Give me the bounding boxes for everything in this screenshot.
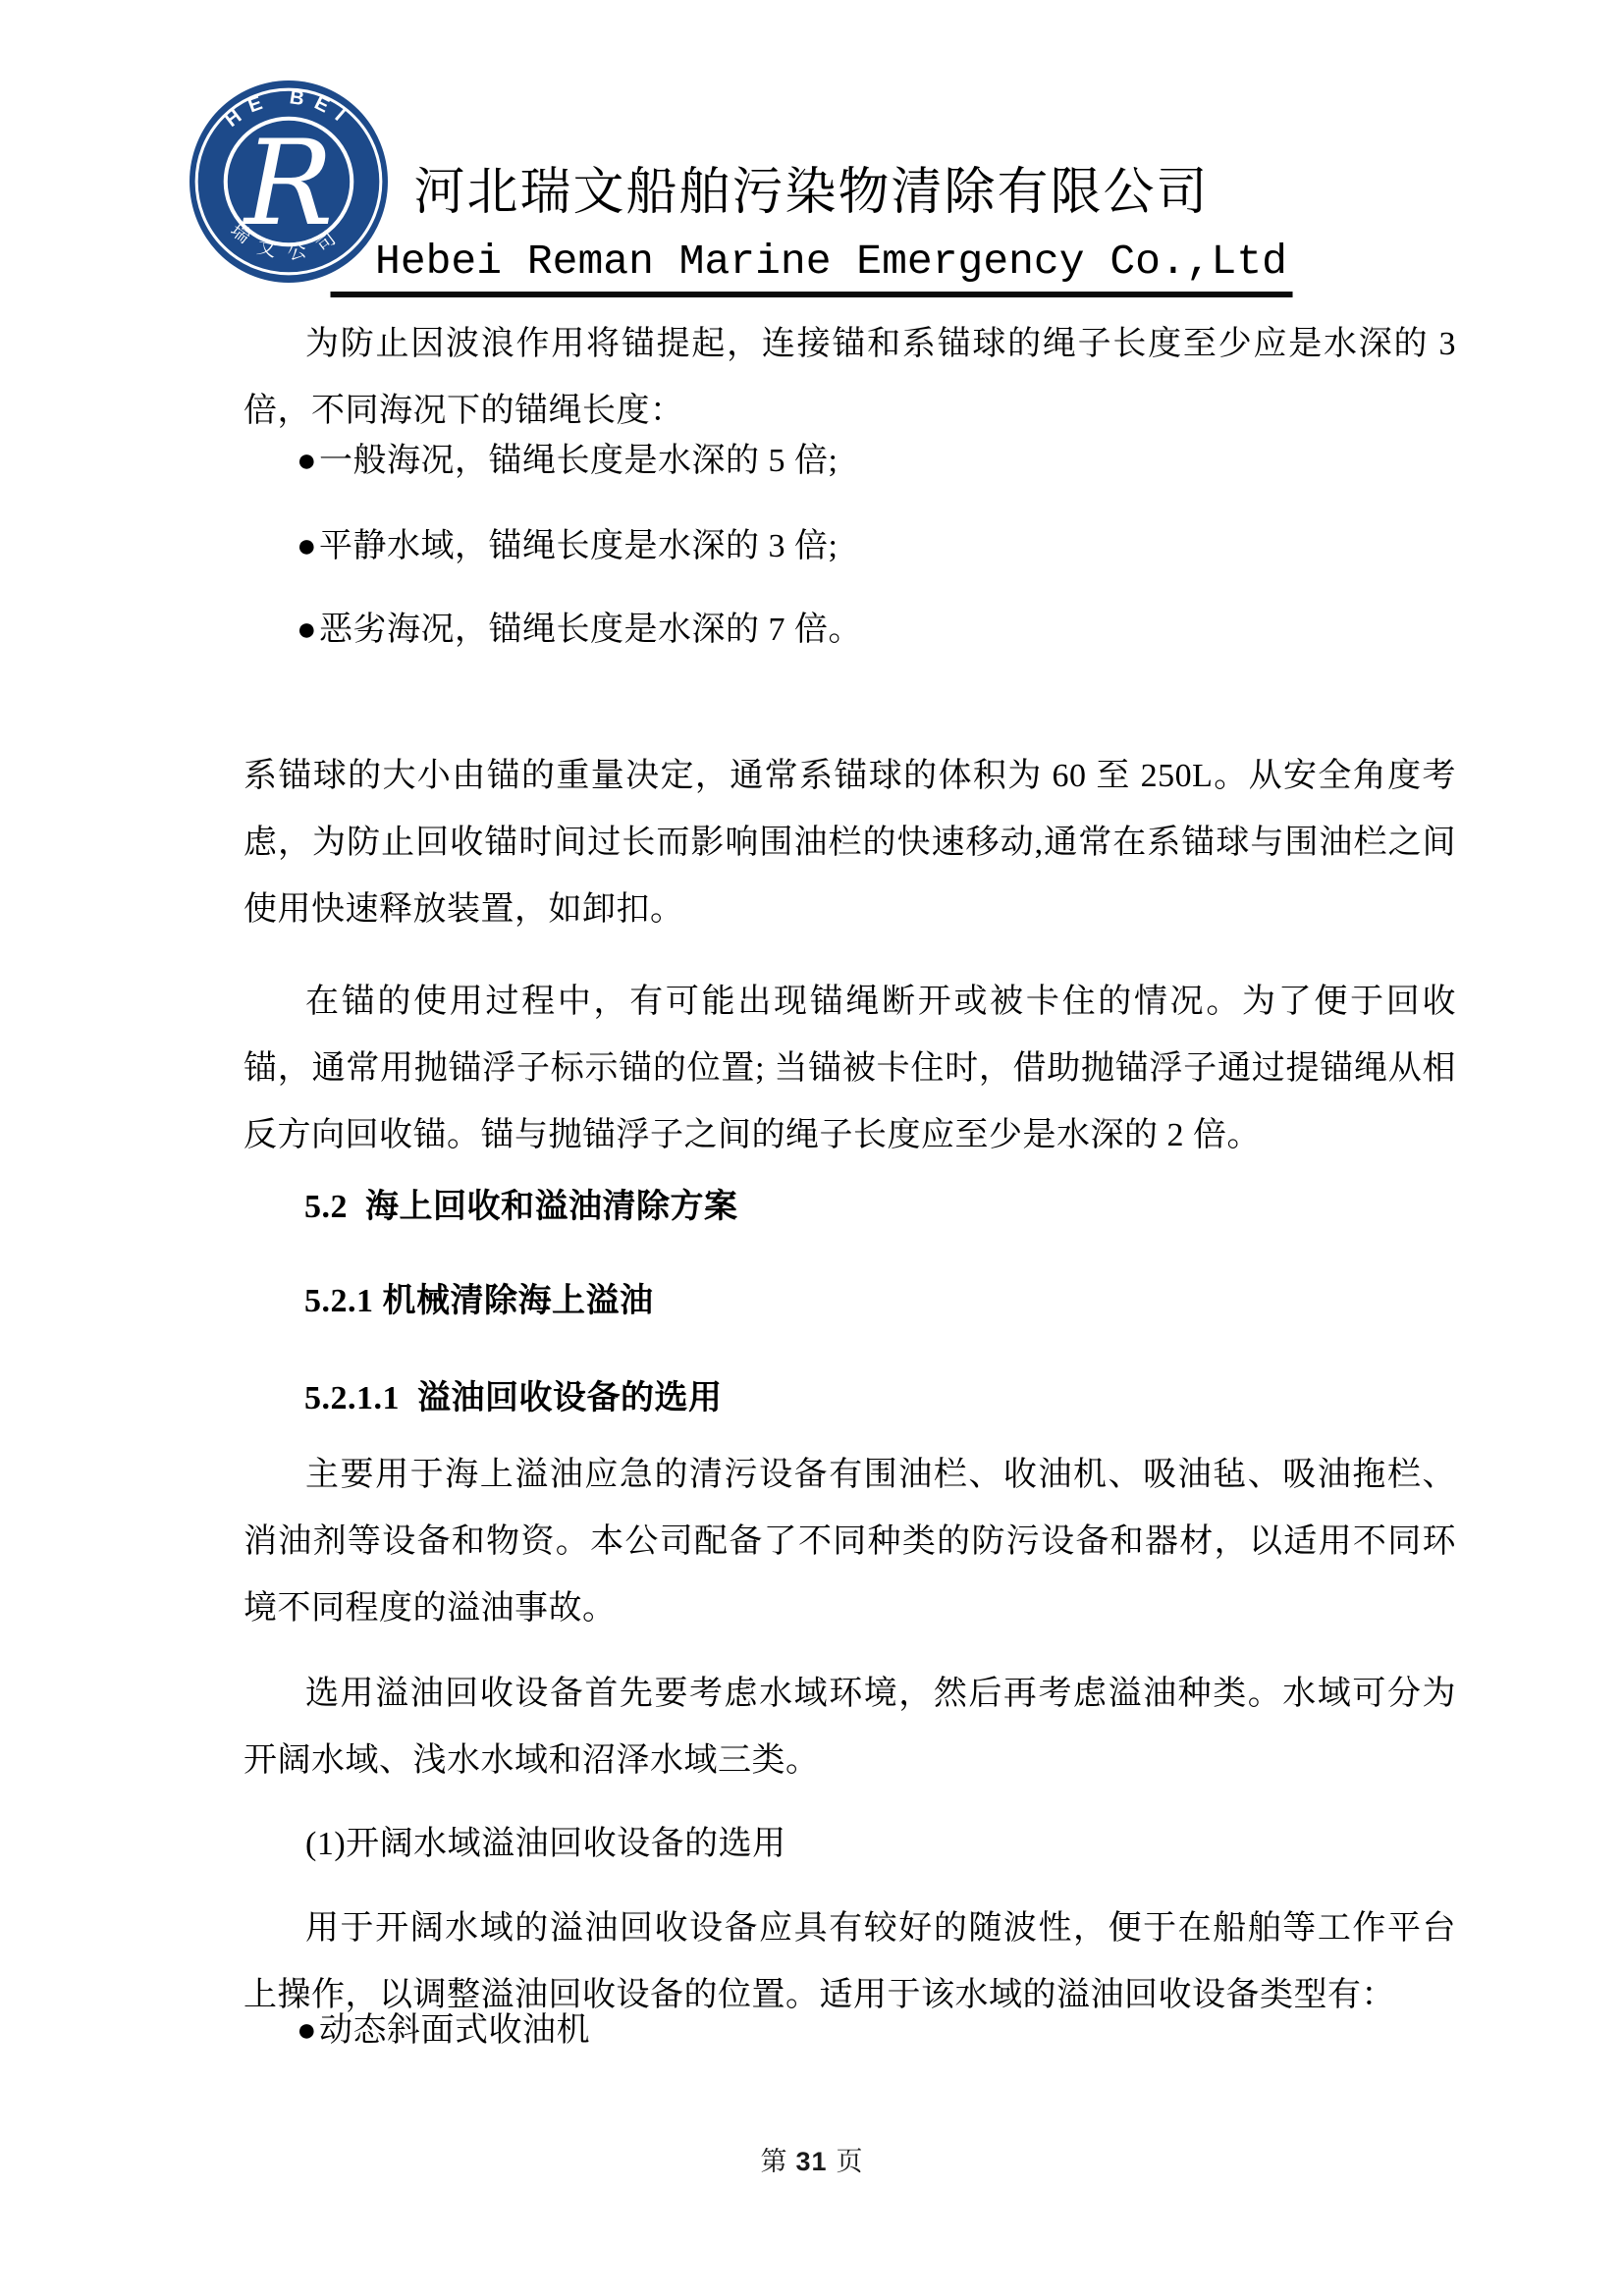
paragraph-anchor-usage: 在锚的使用过程中，有可能出现锚绳断开或被卡住的情况。为了便于回收锚，通常用抛锚浮… bbox=[243, 969, 1456, 1169]
paragraph-open-water-title: (1)开阔水域溢油回收设备的选用 bbox=[243, 1811, 1456, 1878]
document-page: HE BEI 瑞文公司 R 河北瑞文船舶污染物清除有限公司 Hebei Rema… bbox=[0, 0, 1623, 2296]
page-number: 31 bbox=[786, 2147, 836, 2176]
company-name-en: Hebei Reman Marine Emergency Co.,Ltd bbox=[330, 238, 1293, 297]
bullet-icon: ● bbox=[297, 443, 317, 479]
page-header: HE BEI 瑞文公司 R 河北瑞文船舶污染物清除有限公司 Hebei Rema… bbox=[0, 0, 1623, 294]
paragraph-anchor-rope: 为防止因波浪作用将锚提起，连接锚和系锚球的绳子长度至少应是水深的 3 倍，不同海… bbox=[243, 311, 1456, 445]
bullet-icon: ● bbox=[297, 528, 317, 564]
list-item-calm-water: ●平静水域，锚绳长度是水深的 3 倍; bbox=[297, 513, 1456, 580]
list-item-rough-sea: ●恶劣海况，锚绳长度是水深的 7 倍。 bbox=[297, 597, 1456, 664]
bullet-icon: ● bbox=[297, 612, 317, 648]
heading-5-2-1-1: 5.2.1.1 溢油回收设备的选用 bbox=[304, 1365, 1456, 1432]
page-number-prefix: 第 bbox=[760, 2147, 786, 2176]
list-item-text: 恶劣海况，锚绳长度是水深的 7 倍。 bbox=[319, 612, 862, 648]
list-item-sea-normal: ●一般海况，锚绳长度是水深的 5 倍; bbox=[297, 428, 1456, 495]
list-item-text: 平静水域，锚绳长度是水深的 3 倍; bbox=[319, 528, 838, 564]
paragraph-mooring-ball: 系锚球的大小由锚的重量决定，通常系锚球的体积为 60 至 250L。从安全角度考… bbox=[243, 743, 1456, 943]
list-item-text: 动态斜面式收油机 bbox=[319, 2012, 590, 2049]
list-item-skimmer: ●动态斜面式收油机 bbox=[297, 1998, 1456, 2064]
page-footer: 第31页 bbox=[0, 2142, 1623, 2181]
list-item-text: 一般海况，锚绳长度是水深的 5 倍; bbox=[319, 443, 838, 479]
company-name-cn: 河北瑞文船舶污染物清除有限公司 bbox=[0, 165, 1623, 221]
heading-5-2: 5.2 海上回收和溢油清除方案 bbox=[304, 1174, 1456, 1241]
paragraph-equipment: 主要用于海上溢油应急的清污设备有围油栏、收油机、吸油毡、吸油拖栏、消油剂等设备和… bbox=[243, 1442, 1456, 1642]
heading-5-2-1: 5.2.1 机械清除海上溢油 bbox=[304, 1268, 1456, 1335]
page-number-suffix: 页 bbox=[837, 2147, 863, 2176]
paragraph-water-types: 选用溢油回收设备首先要考虑水域环境，然后再考虑溢油种类。水域可分为开阔水域、浅水… bbox=[243, 1661, 1456, 1794]
bullet-icon: ● bbox=[297, 2012, 317, 2049]
